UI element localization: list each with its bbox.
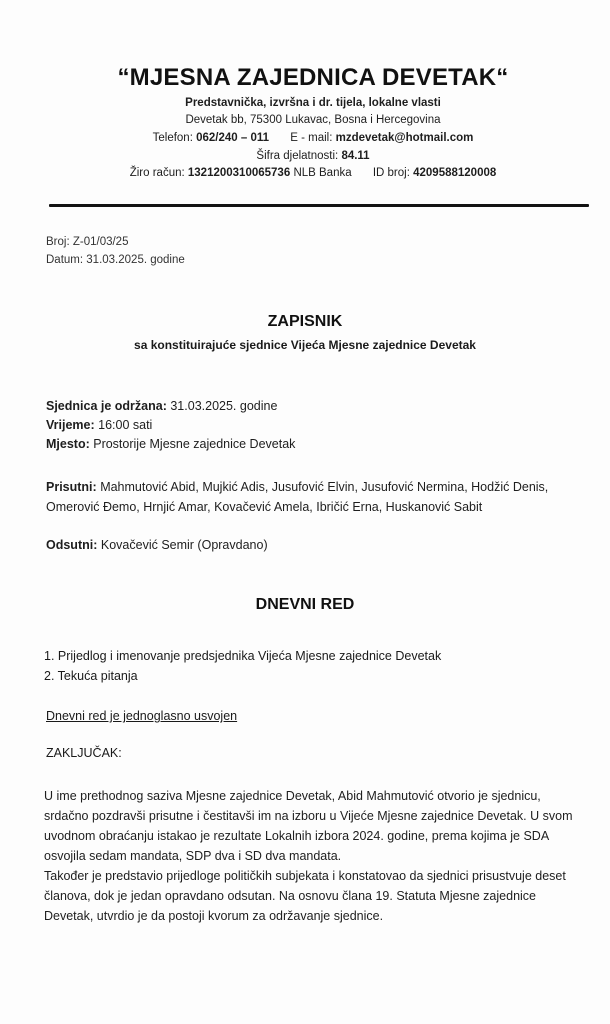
agenda-adopted-note: Dnevni red je jednoglasno usvojen bbox=[46, 709, 237, 723]
agenda-list: 1. Prijedlog i imenovanje predsjednika V… bbox=[44, 646, 441, 686]
session-time-label: Vrijeme: bbox=[46, 418, 95, 432]
organization-contact: Telefon: 062/240 – 011 E - mail: mzdevet… bbox=[8, 132, 610, 144]
absent-label: Odsutni: bbox=[46, 538, 97, 552]
agenda-item: 1. Prijedlog i imenovanje predsjednika V… bbox=[44, 646, 441, 666]
document-subtitle: sa konstituirajuće sjednice Vijeća Mjesn… bbox=[0, 338, 610, 352]
document-number-value: Z-01/03/25 bbox=[73, 236, 129, 248]
conclusion-line: Devetak, utvrdio je da postoji kvorum za… bbox=[44, 906, 610, 926]
conclusion-body: U ime prethodnog saziva Mjesne zajednice… bbox=[44, 786, 610, 926]
agenda-item: 2. Tekuća pitanja bbox=[44, 666, 441, 686]
account-number: 1321200310065736 bbox=[188, 167, 290, 179]
present-names-2: Omerović Đemo, Hrnjić Amar, Kovačević Am… bbox=[46, 497, 586, 517]
session-place-label: Mjesto: bbox=[46, 437, 90, 451]
session-held-value: 31.03.2025. godine bbox=[170, 399, 277, 413]
session-held-label: Sjednica je održana: bbox=[46, 399, 167, 413]
activity-code-label: Šifra djelatnosti: bbox=[256, 150, 338, 162]
attendees-line-1: Prisutni: Mahmutović Abid, Mujkić Adis, … bbox=[46, 477, 586, 497]
conclusion-line: uvodnom obraćanju istakao je rezultate L… bbox=[44, 826, 610, 846]
bank-account-line: Žiro račun: 1321200310065736 NLB Banka I… bbox=[8, 167, 610, 179]
present-names-1: Mahmutović Abid, Mujkić Adis, Jusufović … bbox=[100, 480, 548, 494]
document-page: “MJESNA ZAJEDNICA DEVETAK“ Predstavnička… bbox=[0, 0, 610, 1024]
email-address[interactable]: mzdevetak@hotmail.com bbox=[336, 132, 474, 144]
phone-label: Telefon: bbox=[153, 132, 193, 144]
document-number: Broj: Z-01/03/25 bbox=[46, 236, 128, 248]
session-time: Vrijeme: 16:00 sati bbox=[46, 418, 152, 432]
phone-number: 062/240 – 011 bbox=[196, 132, 269, 144]
absent-names: Kovačević Semir (Opravdano) bbox=[101, 538, 268, 552]
organization-title: “MJESNA ZAJEDNICA DEVETAK“ bbox=[8, 64, 610, 92]
activity-code: Šifra djelatnosti: 84.11 bbox=[8, 150, 610, 162]
organization-subtitle: Predstavnička, izvršna i dr. tijela, lok… bbox=[8, 97, 610, 109]
document-date: Datum: 31.03.2025. godine bbox=[46, 254, 185, 266]
conclusion-line: U ime prethodnog saziva Mjesne zajednice… bbox=[44, 786, 610, 806]
agenda-title: DNEVNI RED bbox=[0, 596, 610, 614]
conclusion-line: članova, dok je jedan opravdano odsutan.… bbox=[44, 886, 610, 906]
attendees-absent: Odsutni: Kovačević Semir (Opravdano) bbox=[46, 538, 268, 552]
account-label: Žiro račun: bbox=[130, 167, 185, 179]
session-time-value: 16:00 sati bbox=[98, 418, 152, 432]
header-divider bbox=[49, 204, 589, 207]
session-held: Sjednica je održana: 31.03.2025. godine bbox=[46, 399, 277, 413]
conclusion-heading: ZAKLJUČAK: bbox=[46, 746, 122, 760]
conclusion-line: srdačno pozdravši prisutne i čestitavši … bbox=[44, 806, 610, 826]
id-label: ID broj: bbox=[373, 167, 410, 179]
conclusion-line: osvojila sedam mandata, SDP dva i SD dva… bbox=[44, 846, 610, 866]
id-number: 4209588120008 bbox=[413, 167, 496, 179]
present-label: Prisutni: bbox=[46, 480, 97, 494]
bank-name: NLB Banka bbox=[293, 167, 351, 179]
session-place: Mjesto: Prostorije Mjesne zajednice Deve… bbox=[46, 437, 295, 451]
organization-address: Devetak bb, 75300 Lukavac, Bosna i Herce… bbox=[8, 114, 610, 126]
email-label: E - mail: bbox=[290, 132, 332, 144]
attendees-present: Prisutni: Mahmutović Abid, Mujkić Adis, … bbox=[46, 477, 586, 517]
document-number-label: Broj: bbox=[46, 236, 70, 248]
activity-code-value: 84.11 bbox=[341, 150, 369, 162]
document-title: ZAPISNIK bbox=[0, 313, 610, 331]
document-date-label: Datum: bbox=[46, 254, 83, 266]
session-place-value: Prostorije Mjesne zajednice Devetak bbox=[93, 437, 295, 451]
document-date-value: 31.03.2025. godine bbox=[86, 254, 184, 266]
conclusion-line: Također je predstavio prijedloge politič… bbox=[44, 866, 610, 886]
